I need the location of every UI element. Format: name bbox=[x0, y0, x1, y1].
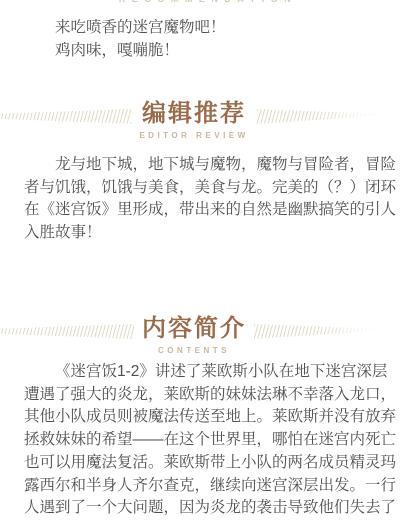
teaser-block: 来吃喷香的迷宫魔物吧！ 鸡肉味，嘎嘣脆！ bbox=[24, 17, 396, 62]
section-header-contents: 内容简介 CONTENTS bbox=[0, 315, 416, 355]
recommendation-cutoff-subtitle: RECOMMENDATION bbox=[0, 0, 416, 5]
contents-paragraph: 《迷宫饭1-2》讲述了莱欧斯小队在地下迷宫深层 遭遇了强大的炎龙，莱欧斯的妹妹法… bbox=[24, 361, 396, 520]
editor-review-subtitle: EDITOR REVIEW bbox=[139, 131, 248, 140]
section-header-editor-review: 编辑推荐 EDITOR REVIEW bbox=[0, 100, 416, 140]
teaser-line-1: 来吃喷香的迷宫魔物吧！ bbox=[24, 17, 396, 40]
hatch-ribbon-left bbox=[0, 109, 131, 124]
hatch-ribbon-left bbox=[0, 324, 134, 339]
hatch-ribbon-right bbox=[257, 109, 388, 124]
contents-title: 内容简介 bbox=[142, 315, 246, 343]
editor-review-paragraph: 龙与地下城，地下城与魔物，魔物与冒险者，冒险 者与饥饿，饥饿与美食，美食与龙。完… bbox=[24, 154, 396, 245]
book-description-page: RECOMMENDATION 来吃喷香的迷宫魔物吧！ 鸡肉味，嘎嘣脆！ 编辑推荐… bbox=[0, 0, 416, 527]
hatch-ribbon-right bbox=[254, 324, 388, 339]
contents-subtitle: CONTENTS bbox=[142, 346, 246, 355]
editor-review-title: 编辑推荐 bbox=[139, 100, 248, 128]
teaser-line-2: 鸡肉味，嘎嘣脆！ bbox=[24, 40, 396, 63]
